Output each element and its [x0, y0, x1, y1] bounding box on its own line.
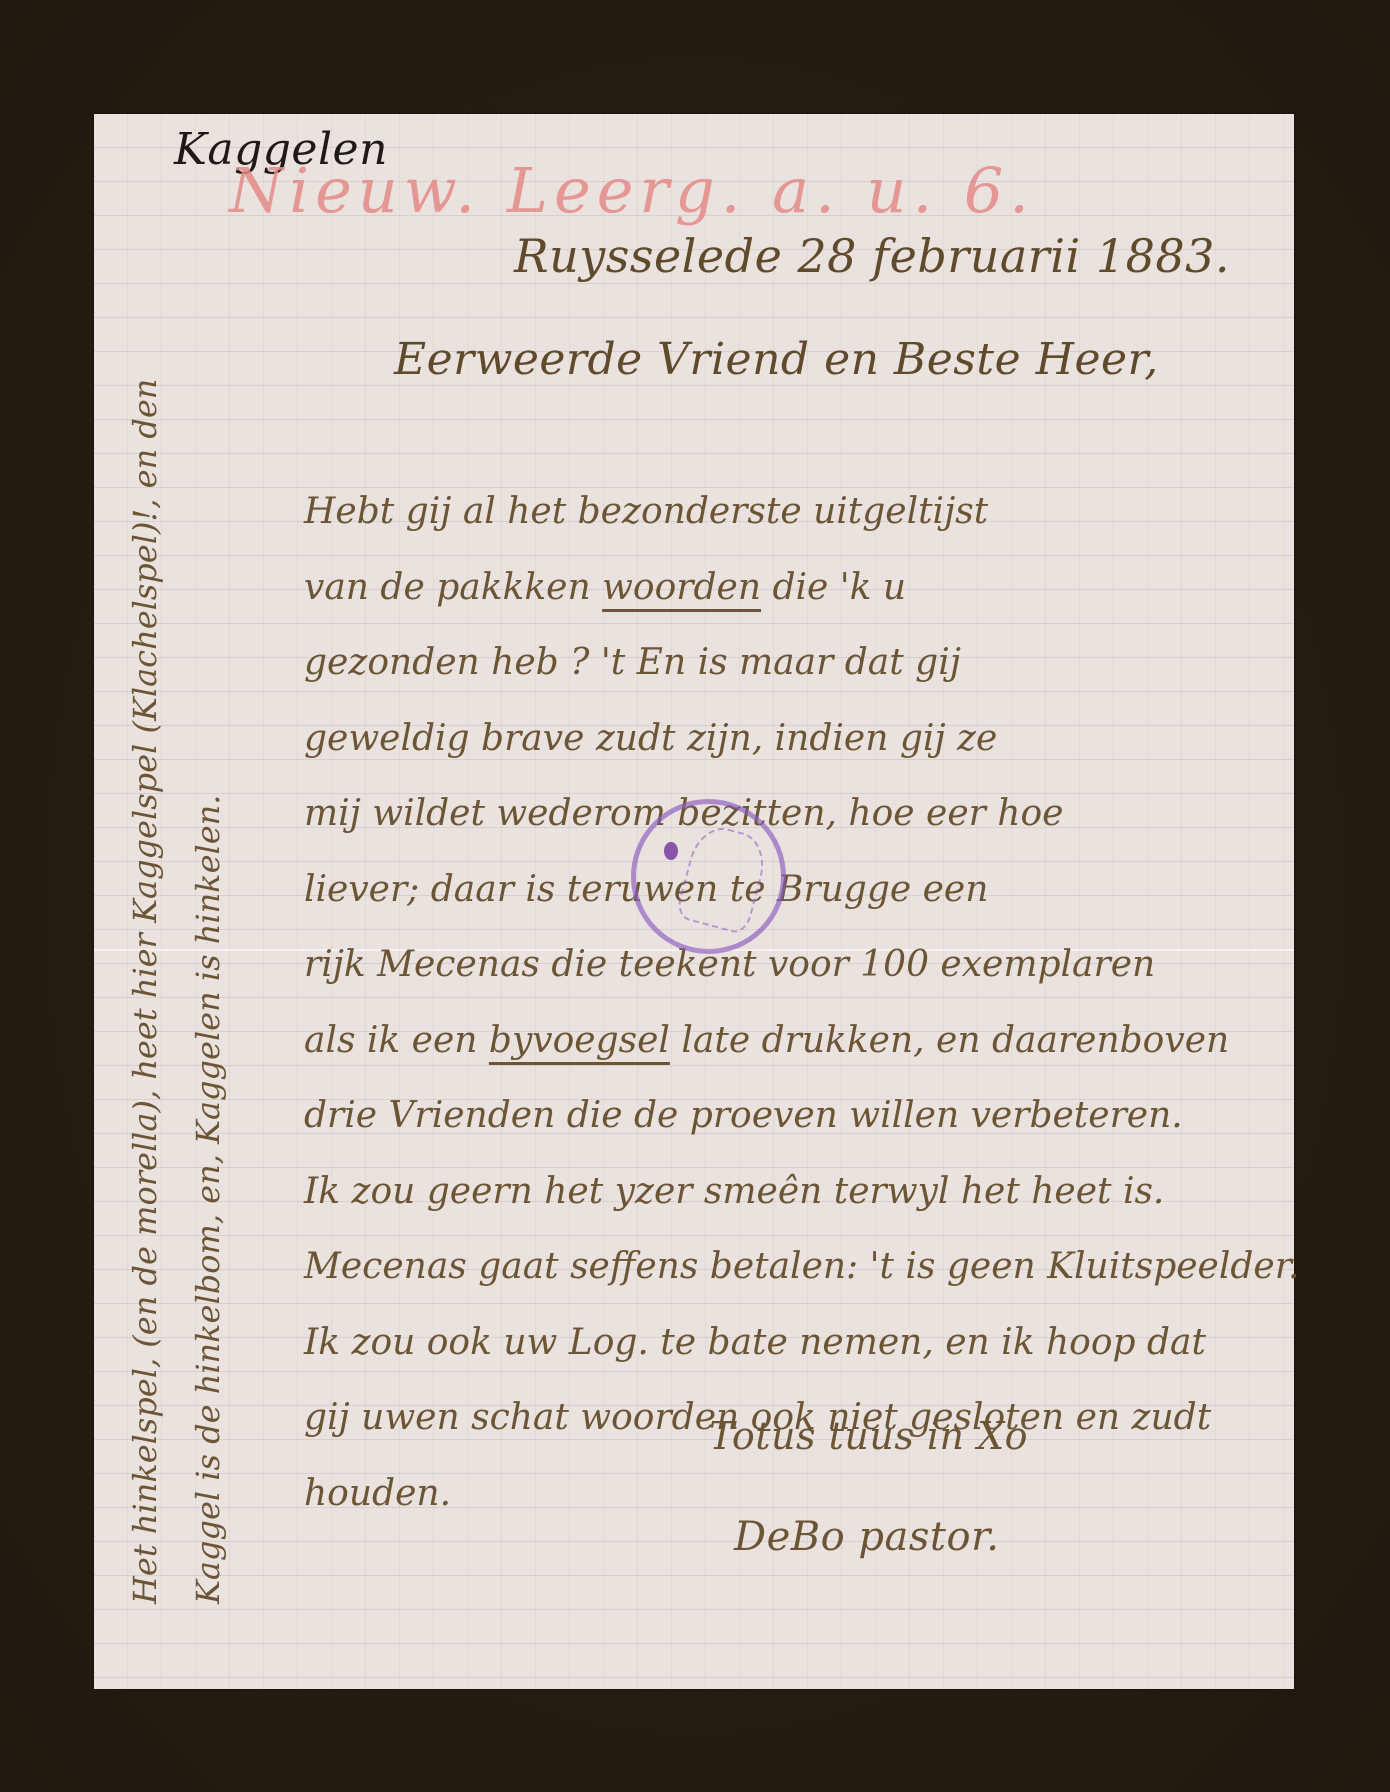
body-line: Ik zou geern het yzer smeên terwyl het h…: [304, 1154, 1264, 1230]
body-text: late drukken, en daarenboven: [670, 1020, 1229, 1061]
body-text: als ik een: [304, 1020, 489, 1061]
dateline: Ruysselede 28 februarii 1883.: [514, 229, 1230, 283]
archive-stamp-icon: [631, 799, 786, 954]
body-line: van de pakkken woorden die 'k u: [304, 550, 1264, 626]
margin-note: Het hinkelspel, (en de morella), heet hi…: [126, 379, 164, 1604]
closing: Totus tuus in Xo: [709, 1414, 1028, 1458]
stamp-dot: [664, 842, 678, 860]
underlined-word: woorden: [602, 567, 761, 608]
stamp-emblem: [674, 821, 771, 936]
body-line: als ik een byvoegsel late drukken, en da…: [304, 1003, 1264, 1079]
underlined-word: byvoegsel: [489, 1020, 670, 1061]
signature: DeBo pastor.: [734, 1514, 1000, 1560]
body-line: geweldig brave zudt zijn, indien gij ze: [304, 701, 1264, 777]
body-line: Ik zou ook uw Log. te bate nemen, en ik …: [304, 1305, 1264, 1381]
margin-note: Kaggel is de hinkelbom, en, Kaggelen is …: [189, 795, 227, 1604]
body-line: gezonden heb ? 't En is maar dat gij: [304, 625, 1264, 701]
scan-background: Kaggelen Nieuw. Leerg. a. u. 6. Ruyssele…: [0, 0, 1390, 1792]
body-line: drie Vrienden die de proeven willen verb…: [304, 1078, 1264, 1154]
body-line: Hebt gij al het bezonderste uitgeltijst: [304, 474, 1264, 550]
salutation: Eerweerde Vriend en Beste Heer,: [394, 334, 1159, 385]
body-line: Mecenas gaat seffens betalen: 't is geen…: [304, 1229, 1264, 1305]
body-text: die 'k u: [761, 567, 906, 608]
body-line: mij wildet wederom bezitten, hoe eer hoe: [304, 776, 1264, 852]
body-text: van de pakkken: [304, 567, 602, 608]
letter-page: Kaggelen Nieuw. Leerg. a. u. 6. Ruyssele…: [94, 114, 1294, 1689]
red-pencil-annotation: Nieuw. Leerg. a. u. 6.: [229, 154, 1035, 227]
body-line: rijk Mecenas die teekent voor 100 exempl…: [304, 927, 1264, 1003]
letter-body: Hebt gij al het bezonderste uitgeltijst …: [304, 474, 1264, 1531]
